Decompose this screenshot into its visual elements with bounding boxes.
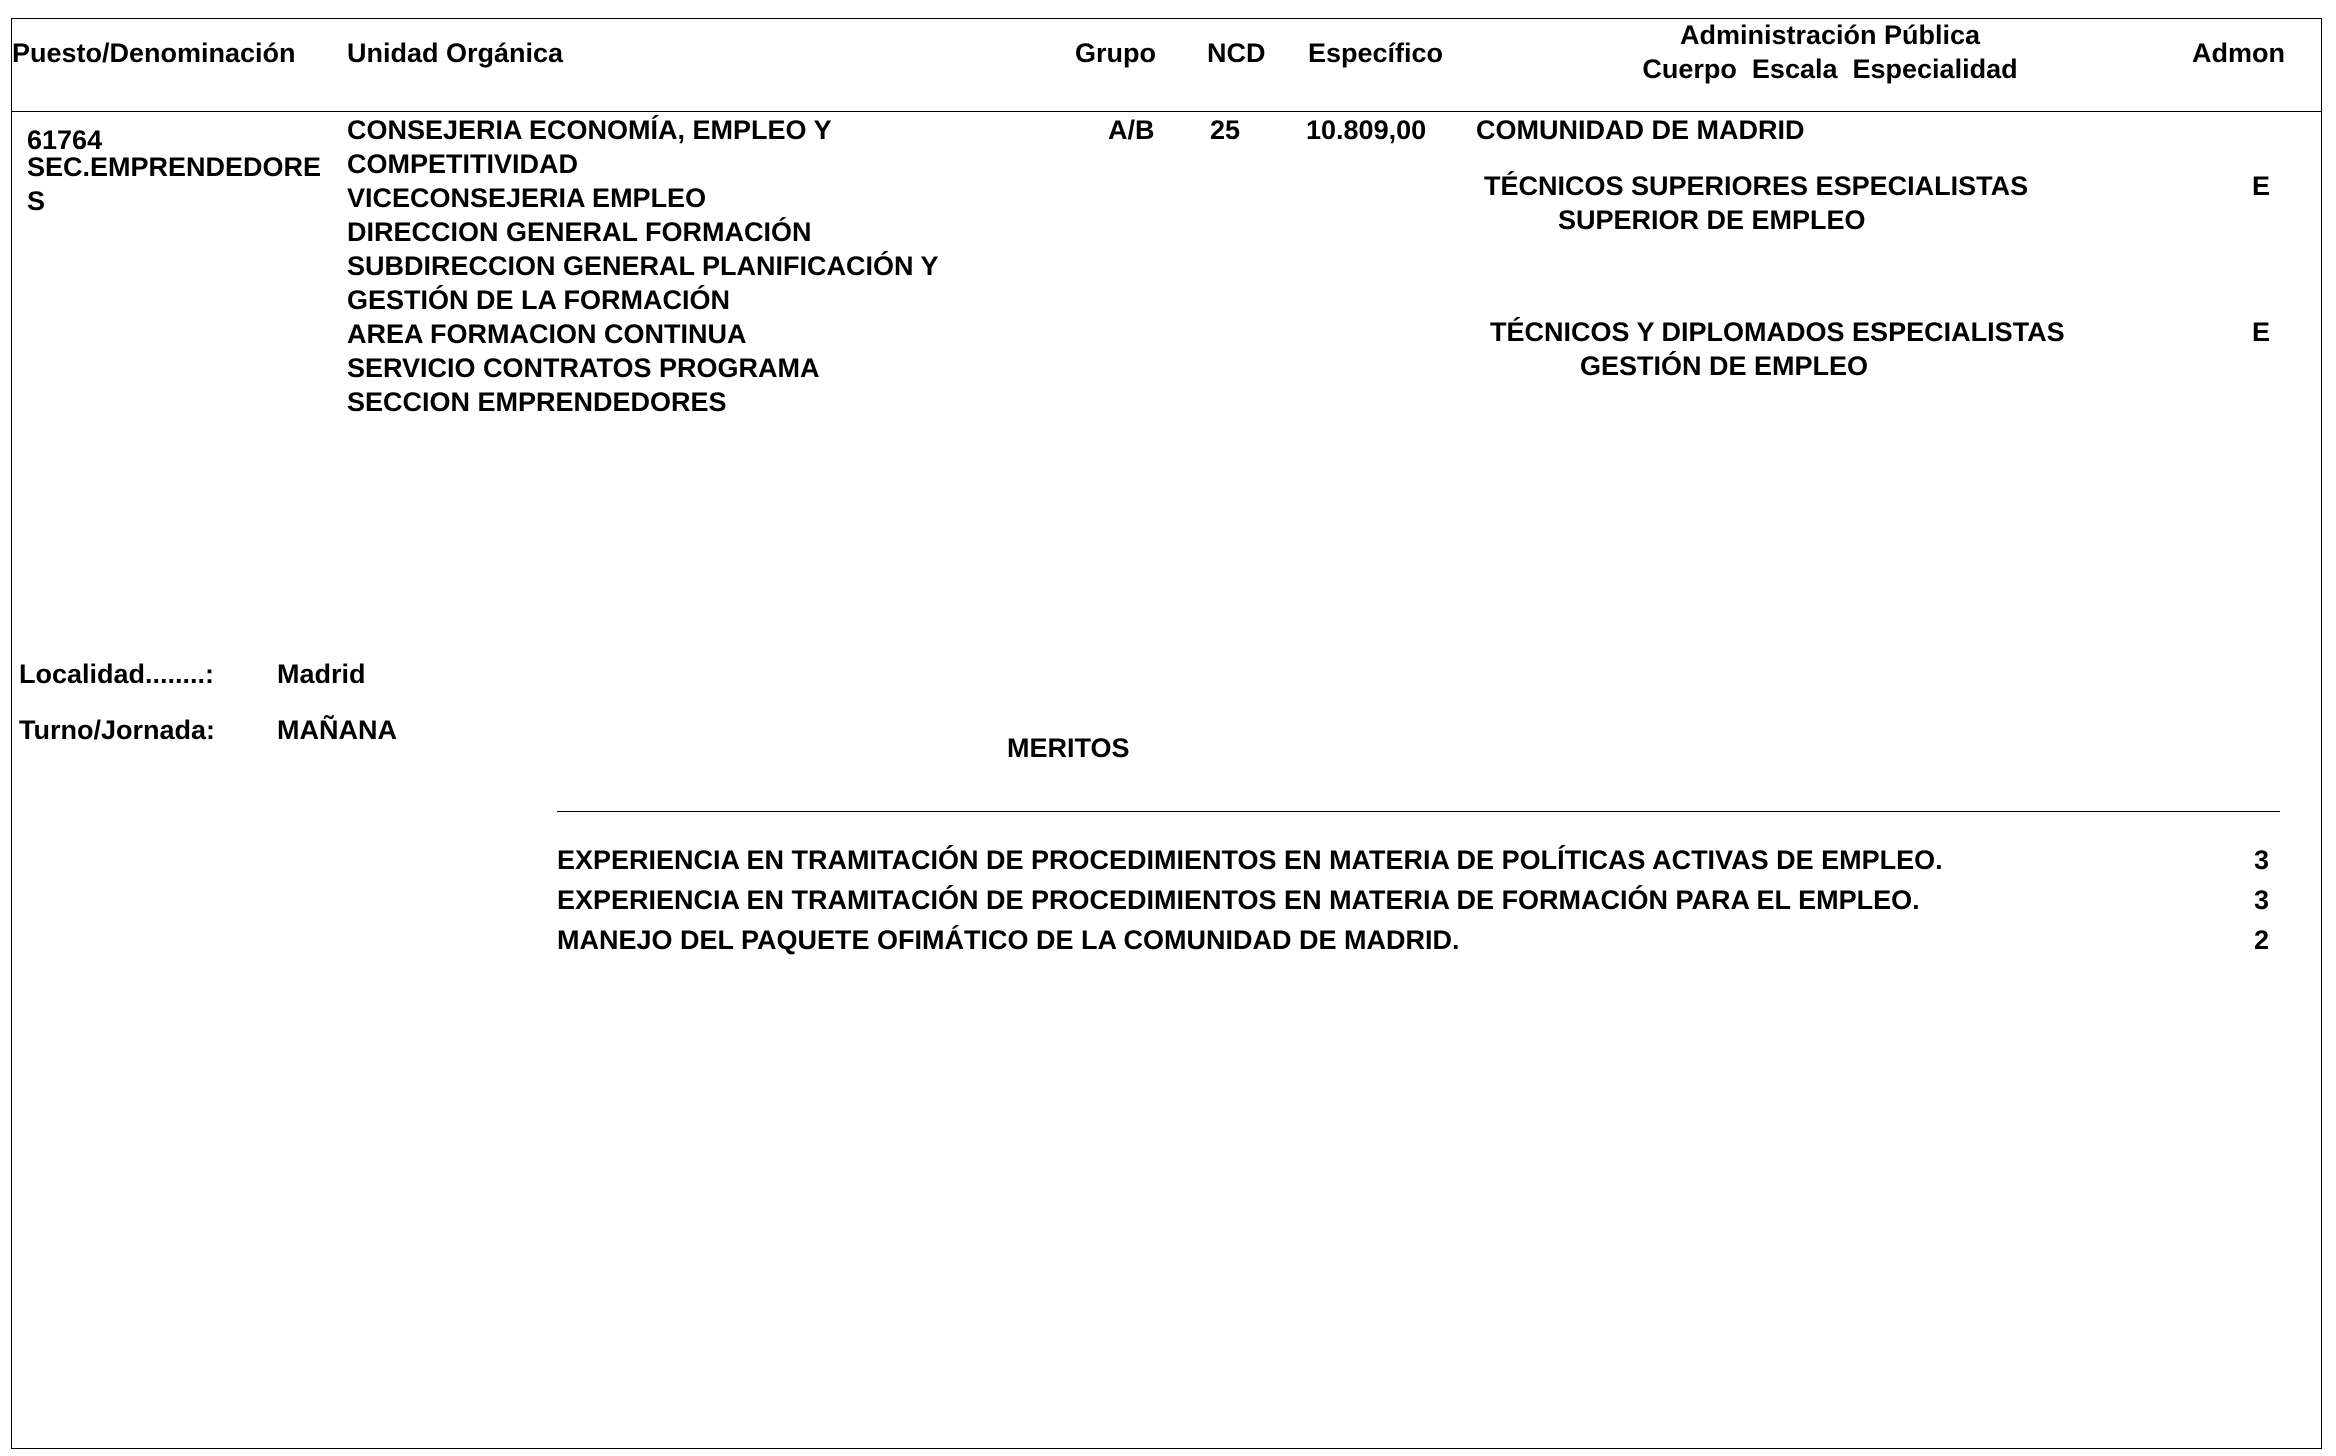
puesto-denominacion-1: SEC.EMPRENDEDORE <box>27 154 321 181</box>
cuerpo-2: TÉCNICOS Y DIPLOMADOS ESPECIALISTAS <box>1490 319 2065 346</box>
unidad-line: COMPETITIVIDAD <box>347 151 578 178</box>
header-especifico: Específico <box>1308 40 1443 67</box>
unidad-line: SERVICIO CONTRATOS PROGRAMA <box>347 355 820 382</box>
header-admon: Admon <box>2192 40 2285 67</box>
puesto-denominacion-2: S <box>27 188 45 215</box>
unidad-line: SUBDIRECCION GENERAL PLANIFICACIÓN Y <box>347 253 939 280</box>
header-grupo: Grupo <box>1075 40 1156 67</box>
unidad-line: SECCION EMPRENDEDORES <box>347 389 727 416</box>
especifico-value: 10.809,00 <box>1306 117 1426 144</box>
unidad-line: AREA FORMACION CONTINUA <box>347 321 746 348</box>
puesto-codigo: 61764 <box>27 127 102 154</box>
admon-2: E <box>2252 319 2270 346</box>
unidad-line: VICECONSEJERIA EMPLEO <box>347 185 706 212</box>
header-unidad-organica: Unidad Orgánica <box>347 40 563 67</box>
especialidad-2: GESTIÓN DE EMPLEO <box>1580 353 1868 380</box>
header-cuerpo-escala-especialidad: Cuerpo Escala Especialidad <box>1580 56 2080 83</box>
unidad-line: DIRECCION GENERAL FORMACIÓN <box>347 219 812 246</box>
unidad-line: CONSEJERIA ECONOMÍA, EMPLEO Y <box>347 117 832 144</box>
especialidad-1: SUPERIOR DE EMPLEO <box>1558 207 1866 234</box>
meritos-divider <box>557 811 2280 812</box>
meritos-title: MERITOS <box>1007 735 1130 762</box>
merito-text: EXPERIENCIA EN TRAMITACIÓN DE PROCEDIMIE… <box>557 887 1920 914</box>
merito-points: 3 <box>2254 887 2269 914</box>
administracion-value: COMUNIDAD DE MADRID <box>1476 117 1804 144</box>
merito-text: MANEJO DEL PAQUETE OFIMÁTICO DE LA COMUN… <box>557 927 1460 954</box>
turno-label: Turno/Jornada: <box>19 717 215 744</box>
cuerpo-1: TÉCNICOS SUPERIORES ESPECIALISTAS <box>1484 173 2028 200</box>
localidad-label: Localidad........: <box>19 661 214 688</box>
merito-text: EXPERIENCIA EN TRAMITACIÓN DE PROCEDIMIE… <box>557 847 1943 874</box>
ncd-value: 25 <box>1210 117 1240 144</box>
header-divider <box>11 111 2322 112</box>
admon-1: E <box>2252 173 2270 200</box>
header-administracion-publica: Administración Pública <box>1580 22 2080 49</box>
turno-value: MAÑANA <box>277 717 397 744</box>
grupo-value: A/B <box>1108 117 1155 144</box>
localidad-value: Madrid <box>277 661 366 688</box>
header-puesto: Puesto/Denominación <box>12 40 296 67</box>
merito-points: 2 <box>2254 927 2269 954</box>
unidad-line: GESTIÓN DE LA FORMACIÓN <box>347 287 730 314</box>
header-ncd: NCD <box>1207 40 1266 67</box>
merito-points: 3 <box>2254 847 2269 874</box>
